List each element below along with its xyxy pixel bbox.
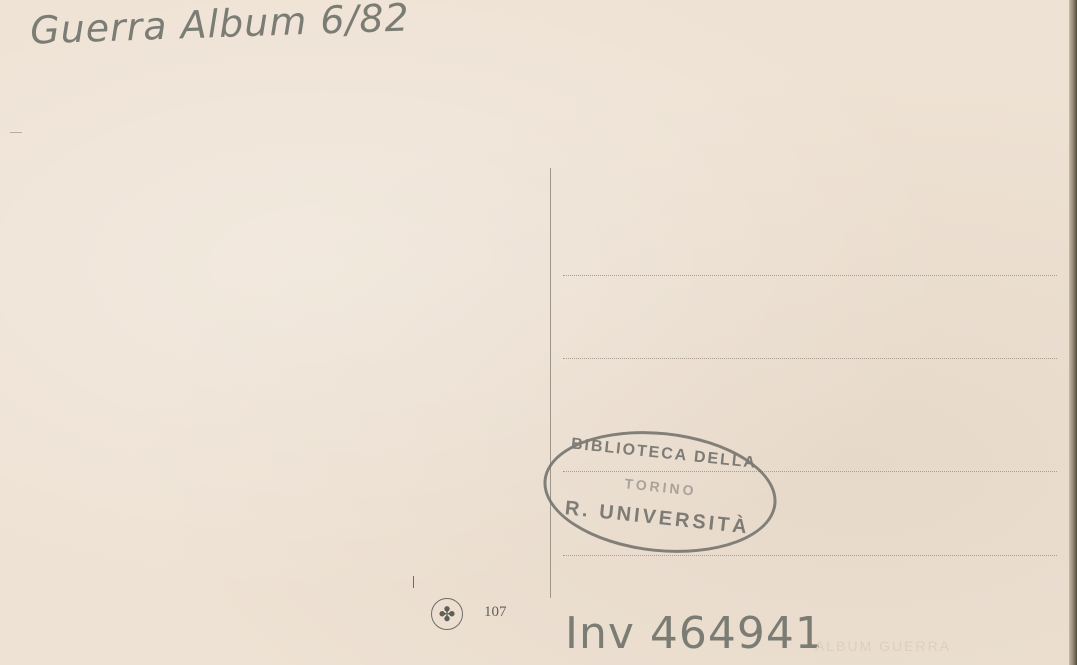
- address-line-1: [563, 275, 1057, 276]
- library-stamp: BIBLIOTECA DELLA TORINO R. UNIVERSITÀ: [537, 420, 782, 564]
- handwritten-inventory-number: Inv 464941: [565, 608, 824, 659]
- publisher-logo-icon: ✤: [431, 598, 463, 630]
- postcard-back: Guerra Album 6/82 — BIBLIOTECA DELLA TOR…: [0, 0, 1077, 665]
- printed-number: 107: [484, 604, 507, 621]
- stamp-line-1: BIBLIOTECA DELLA: [550, 433, 779, 475]
- printed-tick: [413, 576, 414, 588]
- faint-bleed-text: ALBUM GUERRA: [815, 638, 951, 654]
- handwritten-album-note: Guerra Album 6/82: [29, 0, 410, 53]
- address-line-2: [563, 358, 1057, 359]
- margin-mark: —: [10, 124, 22, 139]
- vertical-divider: [550, 168, 551, 598]
- address-line-4: [563, 555, 1057, 556]
- scan-edge: [1069, 0, 1077, 665]
